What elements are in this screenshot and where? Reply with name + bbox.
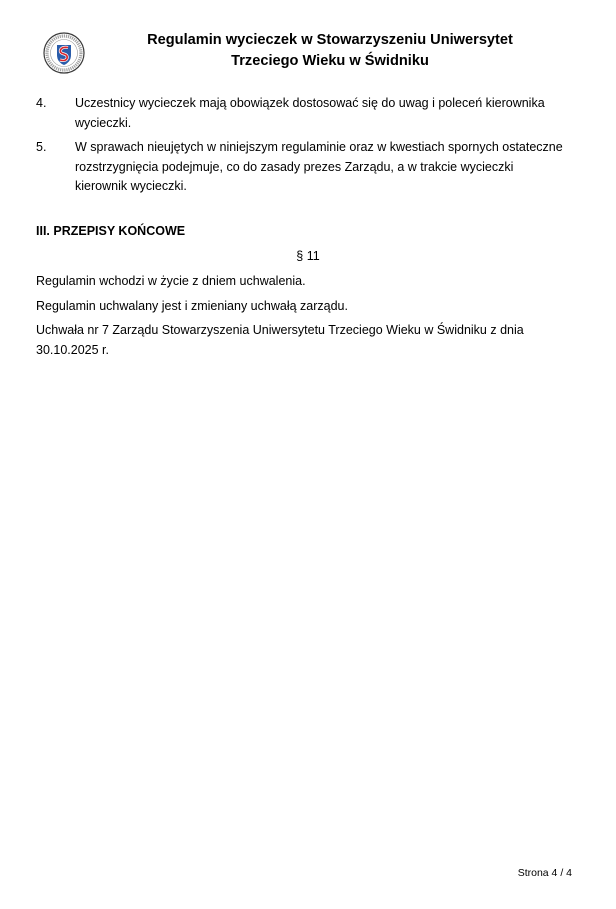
document-title: Regulamin wycieczek w Stowarzyszeniu Uni… [110,30,550,72]
final-provisions: Regulamin wchodzi w życie z dniem uchwal… [36,272,576,365]
list-item-text: W sprawach nieujętych w niniejszym regul… [75,138,576,197]
list-item: 4. Uczestnicy wycieczek mają obowiązek d… [36,94,576,133]
document-page: Regulamin wycieczek w Stowarzyszeniu Uni… [0,0,616,909]
list-item: 5. W sprawach nieujętych w niniejszym re… [36,138,576,197]
paragraph: Regulamin wchodzi w życie z dniem uchwal… [36,272,576,292]
seal-icon [43,32,85,74]
association-seal-logo [43,32,85,74]
page-number: Strona 4 / 4 [518,866,572,880]
numbered-list: 4. Uczestnicy wycieczek mają obowiązek d… [36,94,576,202]
section-heading: III. PRZEPISY KOŃCOWE [36,222,185,241]
paragraph: Uchwała nr 7 Zarządu Stowarzyszenia Uniw… [36,321,576,360]
title-line-1: Regulamin wycieczek w Stowarzyszeniu Uni… [110,30,550,51]
list-item-text: Uczestnicy wycieczek mają obowiązek dost… [75,94,576,133]
paragraph: Regulamin uchwalany jest i zmieniany uch… [36,297,576,317]
paragraph-sign: § 11 [0,247,616,267]
title-line-2: Trzeciego Wieku w Świdniku [110,51,550,72]
list-item-number: 5. [36,138,75,197]
list-item-number: 4. [36,94,75,133]
